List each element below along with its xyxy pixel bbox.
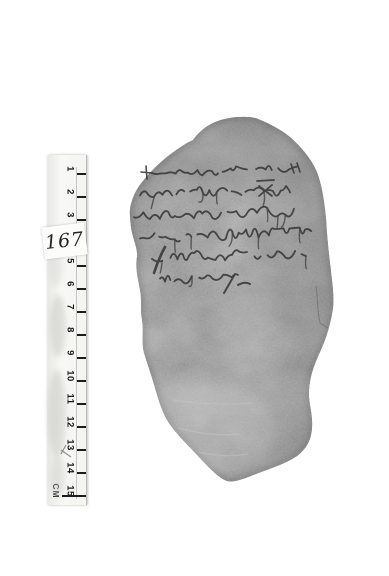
- ruler-tick: [77, 173, 86, 175]
- ruler-tick: [77, 219, 86, 221]
- ruler-mark-label: 13: [65, 436, 76, 454]
- stone-shading: [125, 103, 365, 482]
- ruler-mark-label: 7: [65, 298, 76, 316]
- ruler-tick: [77, 472, 86, 474]
- ruler-tick: [77, 380, 86, 382]
- ruler-tick: [77, 334, 86, 336]
- artifact-photograph: CM 12356789101112131415 167: [0, 0, 389, 576]
- ruler-mark-label: 2: [65, 183, 76, 201]
- ruler-tick: [77, 426, 86, 428]
- ruler-mark-label: 12: [65, 413, 76, 431]
- ruler-tick: [77, 357, 86, 359]
- ruler-tick: [77, 403, 86, 405]
- ruler-tick: [77, 265, 86, 267]
- artifact-number-sticker: 167: [41, 222, 88, 259]
- artifact-number: 167: [44, 228, 85, 254]
- ruler-mark-label: 10: [65, 367, 76, 385]
- ruler-mark-label: 9: [65, 344, 76, 362]
- ruler-tick: [77, 288, 86, 290]
- ruler-tick: [77, 311, 86, 313]
- ruler-mark-label: 8: [65, 321, 76, 339]
- ruler-mark-label: 6: [65, 275, 76, 293]
- ruler-mark-label: 1: [65, 160, 76, 178]
- ruler-mark-label: 14: [65, 459, 76, 477]
- ruler-mark-label: 11: [65, 390, 76, 408]
- ruler-mark-label: 15: [65, 482, 76, 500]
- scale-ruler: CM 12356789101112131415: [48, 155, 87, 505]
- ruler-mark-label: 3: [65, 206, 76, 224]
- ruler-tick: [77, 196, 86, 198]
- ruler-tick: [77, 449, 86, 451]
